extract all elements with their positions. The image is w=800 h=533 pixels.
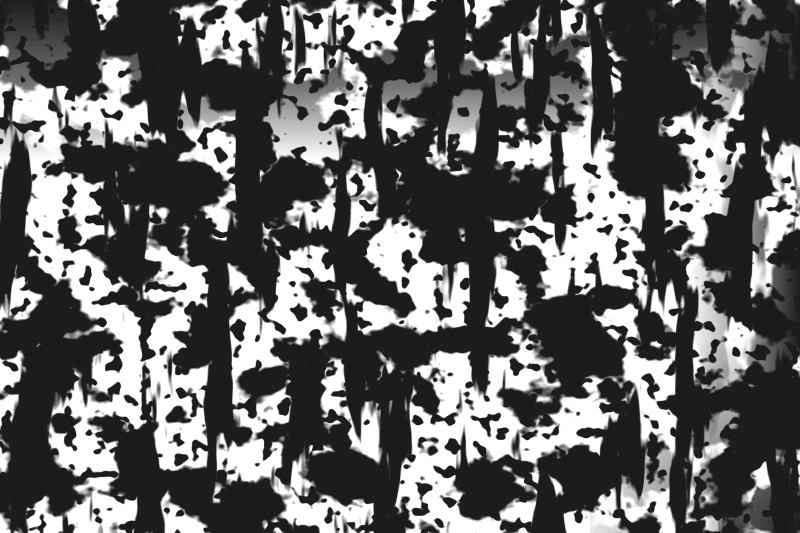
texture-image (0, 0, 800, 533)
noise-layer-corner-blotch (0, 0, 800, 533)
grunge-texture (0, 0, 800, 533)
